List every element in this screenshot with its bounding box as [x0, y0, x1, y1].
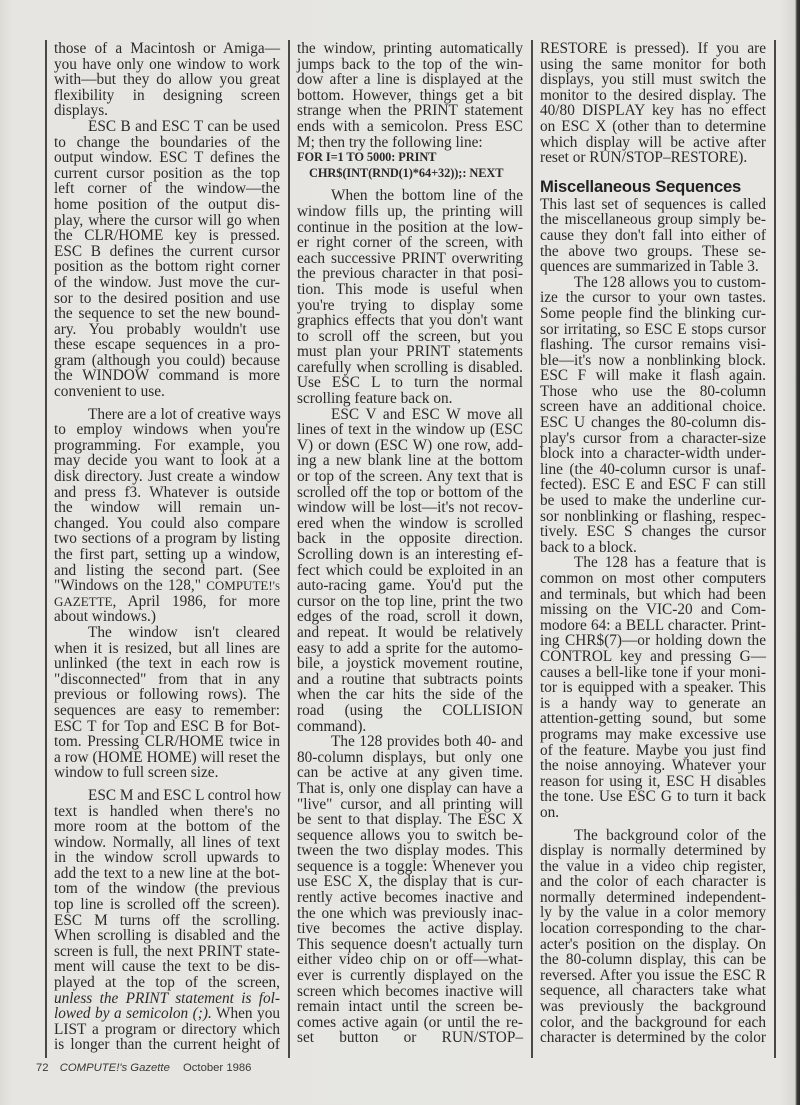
text-line: these escape sequences in a pro-: [54, 337, 280, 353]
text-line: tween the two display modes. This: [297, 843, 523, 859]
text-line: was previously the background: [540, 999, 766, 1015]
text-line: add the text to a new line at the bot-: [54, 866, 280, 882]
text-line: output window. ESC T defines the: [54, 150, 280, 166]
text-line: ESC V and ESC W move all: [297, 407, 523, 423]
text-line: about windows.): [54, 609, 280, 625]
column-rule-left: [45, 40, 47, 1058]
text-line: window. Normally, all lines of text: [54, 835, 280, 851]
text-line: LIST a program or directory which: [54, 1022, 280, 1038]
text-line: back in the opposite direction.: [297, 531, 523, 547]
text-line: ever is currently displayed on the: [297, 968, 523, 984]
text-line: ly by the value in a color memory: [540, 905, 766, 921]
text-line: GAZETTE, April 1986, for more: [54, 594, 280, 610]
text-line: may decide you want to look at a: [54, 453, 280, 469]
text-line: V) or down (ESC W) one row, add-: [297, 438, 523, 454]
text-line: sequence allows you to switch be-: [297, 828, 523, 844]
text-line: command).: [297, 719, 523, 735]
text-line: which display will be active after: [540, 135, 766, 151]
text-line: "Windows on the 128," COMPUTE!'s: [54, 578, 280, 594]
text-line: ing a new blank line at the bottom: [297, 453, 523, 469]
text-line: tom of the window (the previous: [54, 881, 280, 897]
text-line: the tone. Use ESC G to turn it back: [540, 789, 766, 805]
text-line: ESC B and ESC T can be used: [54, 119, 280, 135]
text-line: When the bottom line of the: [297, 188, 523, 204]
text-line: and press f3. Whatever is outside: [54, 485, 280, 501]
text-line: and the color of each character is: [540, 874, 766, 890]
text-line: sor to the desired position and use: [54, 291, 280, 307]
text-line: and repeat. It would be relatively: [297, 625, 523, 641]
text-line: is a handy way to generate an: [540, 696, 766, 712]
text-line: the miscellaneous group simply be-: [540, 212, 766, 228]
text-line: "disconnected" from that in any: [54, 672, 280, 688]
text-line: er right corner of the screen, with: [297, 235, 523, 251]
text-line: displays.: [54, 103, 280, 119]
text-line: each successive PRINT overwriting: [297, 251, 523, 267]
text-line: cause they don't fall into either of: [540, 228, 766, 244]
text-line: to scroll off the screen, but you: [297, 329, 523, 345]
text-line: and a routine that subtracts points: [297, 672, 523, 688]
text-line: ment will cause the text to be dis-: [54, 959, 280, 975]
text-line: This sequence doesn't actually turn: [297, 937, 523, 953]
text-line: screen have an additional choice.: [540, 399, 766, 415]
text-line: modore 64: a BELL character. Print-: [540, 618, 766, 634]
text-line: location corresponding to the char-: [540, 921, 766, 937]
text-line: There are a lot of creative ways: [54, 407, 280, 423]
text-line: can be active at any given time.: [297, 765, 523, 781]
text-line: use ESC X, the display that is cur-: [297, 874, 523, 890]
text-line: must plan your PRINT statements: [297, 344, 523, 360]
text-line: remain intact until the screen be-: [297, 999, 523, 1015]
text-line: tion. This mode is useful when: [297, 282, 523, 298]
text-line: When scrolling is disabled and the: [54, 928, 280, 944]
text-line: ESC T for Top and ESC B for Bot-: [54, 719, 280, 735]
text-line: a row (HOME HOME) will reset the: [54, 750, 280, 766]
text-line: The 128 provides both 40- and: [297, 734, 523, 750]
page-footer: 72 COMPUTE!'s Gazette October 1986: [36, 1062, 251, 1074]
column-rule-1: [288, 40, 290, 1058]
text-line: play's cursor from a character-size: [540, 431, 766, 447]
text-line: The background color of the: [540, 828, 766, 844]
text-line: tively. ESC S changes the cursor: [540, 524, 766, 540]
text-line: ESC F will make it flash again.: [540, 368, 766, 384]
text-line: scrolling feature back on.: [297, 391, 523, 407]
text-line: sequence, all characters take what: [540, 983, 766, 999]
column-rule-2: [531, 40, 533, 1058]
code-listing-line: FOR I=1 TO 5000: PRINT: [297, 150, 523, 166]
text-line: Some people find the blinking cur-: [540, 306, 766, 322]
text-line: bottom. However, things get a bit: [297, 88, 523, 104]
text-line: reset or RUN/STOP–RESTORE).: [540, 150, 766, 166]
text-line: back to a block.: [540, 540, 766, 556]
text-line: ESC M turns off the scrolling.: [54, 913, 280, 929]
text-line: you have only one window to work: [54, 57, 280, 73]
text-line: scrolled off the top or bottom of the: [297, 485, 523, 501]
text-line: fected). ESC E and ESC F can still: [540, 477, 766, 493]
text-line: This last set of sequences is called: [540, 197, 766, 213]
code-listing-line: CHR$(INT(RND(1)*64+32));: NEXT: [297, 166, 523, 182]
text-line: to employ windows when you're: [54, 422, 280, 438]
text-line: continue in the position at the low-: [297, 220, 523, 236]
text-line: 40/80 DISPLAY key has no effect: [540, 103, 766, 119]
text-line: top line is scrolled off the screen).: [54, 897, 280, 913]
text-line: window to full screen size.: [54, 765, 280, 781]
text-line: when the car hits the side of the: [297, 687, 523, 703]
text-line: the previous character in that posi-: [297, 266, 523, 282]
article-column-2: the window, printing automaticallyjumps …: [297, 41, 523, 1061]
text-line: The window isn't cleared: [54, 625, 280, 641]
text-line: changed. You could also compare: [54, 516, 280, 532]
text-line: using the same monitor for both: [540, 57, 766, 73]
text-line: two sections of a program by listing: [54, 531, 280, 547]
text-line: the first part, setting up a window,: [54, 547, 280, 563]
text-line: gram (although you could) because: [54, 353, 280, 369]
text-line: the 80-column display, this can be: [540, 952, 766, 968]
text-line: on.: [540, 805, 766, 821]
text-line: unless the PRINT statement is fol-: [54, 991, 280, 1007]
text-line: missing on the VIC-20 and Com-: [540, 602, 766, 618]
text-line: tive becomes the active display.: [297, 921, 523, 937]
text-line: attention-getting sound, but some: [540, 711, 766, 727]
text-line: block into a character-width under-: [540, 446, 766, 462]
text-line: the value in a video chip register,: [540, 859, 766, 875]
text-line: convenient to use.: [54, 384, 280, 400]
text-line: with—but they do allow you great: [54, 72, 280, 88]
text-line: ESC M and ESC L control how: [54, 788, 280, 804]
section-heading: Miscellaneous Sequences: [540, 177, 766, 197]
text-line: of the window. Just move the cur-: [54, 275, 280, 291]
text-line: ize the cursor to your own tastes.: [540, 290, 766, 306]
magazine-page: those of a Macintosh or Amiga—you have o…: [0, 0, 800, 1105]
text-line: lines of text in the window up (ESC: [297, 422, 523, 438]
text-line: ble—it's now a nonblinking block.: [540, 353, 766, 369]
text-line: comes active again (or until the re-: [297, 1015, 523, 1031]
text-line: the window, printing automatically: [297, 41, 523, 57]
text-line: played at the top of the screen,: [54, 975, 280, 991]
text-line: play, where the cursor will go when: [54, 213, 280, 229]
text-line: sor irritating, so ESC E stops cursor: [540, 322, 766, 338]
text-line: dow after a line is displayed at the: [297, 72, 523, 88]
text-line: sequences are easy to remember:: [54, 703, 280, 719]
text-line: ESC U changes the 80-column dis-: [540, 415, 766, 431]
text-line: is longer than the current height of: [54, 1037, 280, 1053]
text-line: previous or following rows). The: [54, 687, 280, 703]
text-line: you're trying to display some: [297, 298, 523, 314]
text-line: carefully when scrolling is disabled.: [297, 360, 523, 376]
text-line: the sequence to set the new bound-: [54, 306, 280, 322]
text-line: screen which becomes inactive will: [297, 984, 523, 1000]
text-line: strange when the PRINT statement: [297, 103, 523, 119]
text-line: text is handled when there's no: [54, 804, 280, 820]
text-line: 80-column displays, but only one: [297, 750, 523, 766]
text-line: common on most other computers: [540, 571, 766, 587]
text-line: tor is equipped with a speaker. This: [540, 680, 766, 696]
text-line: Scrolling down is an interesting ef-: [297, 547, 523, 563]
text-line: disk directory. Just create a window: [54, 469, 280, 485]
text-line: programming. For example, you: [54, 438, 280, 454]
text-line: normally determined independent-: [540, 890, 766, 906]
text-line: "live" cursor, and all printing will: [297, 797, 523, 813]
column-rule-right: [774, 40, 776, 1058]
text-line: and terminals, but which had been: [540, 587, 766, 603]
text-line: displays, you still must switch the: [540, 72, 766, 88]
text-line: CONTROL key and pressing G—: [540, 649, 766, 665]
text-line: flashing. The cursor remains visi-: [540, 337, 766, 353]
text-line: be sent to that display. The ESC X: [297, 812, 523, 828]
text-line: screen is full, the next PRINT state-: [54, 944, 280, 960]
text-line: in the window scroll upwards to: [54, 850, 280, 866]
text-line: Use ESC L to turn the normal: [297, 375, 523, 391]
text-line: sor nonblinking or flashing, respec-: [540, 509, 766, 525]
text-line: more room at the bottom of the: [54, 819, 280, 835]
text-line: graphics effects that you don't want: [297, 313, 523, 329]
text-line: RESTORE is pressed). If you are: [540, 41, 766, 57]
text-line: the CLR/HOME key is pressed.: [54, 228, 280, 244]
text-line: monitor to the desired display. The: [540, 88, 766, 104]
article-column-3: RESTORE is pressed). If you areusing the…: [540, 41, 766, 1061]
text-line: window will be lost—it's not recov-: [297, 500, 523, 516]
text-line: easy to add a sprite for the automo-: [297, 641, 523, 657]
text-line: lowed by a semicolon (;). When you: [54, 1006, 280, 1022]
text-line: Those who use the 80-column: [540, 384, 766, 400]
text-line: unlinked (the text in each row is: [54, 656, 280, 672]
issue-date: October 1986: [183, 1062, 251, 1074]
text-line: causes a bell-like tone if your moni-: [540, 665, 766, 681]
text-line: those of a Macintosh or Amiga—: [54, 41, 280, 57]
text-line: when it is resized, but all lines are: [54, 641, 280, 657]
publication-name: COMPUTE!'s Gazette: [60, 1062, 170, 1074]
text-line: line (the 40-column cursor is unaf-: [540, 462, 766, 478]
text-line: to change the boundaries of the: [54, 135, 280, 151]
text-line: home position of the output dis-: [54, 197, 280, 213]
text-line: or top of the screen. Any text that is: [297, 469, 523, 485]
text-line: edges of the road, scroll it down,: [297, 609, 523, 625]
text-line: rently active becomes inactive and: [297, 890, 523, 906]
text-line: display is normally determined by: [540, 843, 766, 859]
text-line: the above two groups. These se-: [540, 244, 766, 260]
text-line: the window will remain un-: [54, 500, 280, 516]
text-line: ESC B defines the current cursor: [54, 244, 280, 260]
text-line: fect which could be exploited in an: [297, 563, 523, 579]
text-line: That is, only one display can have a: [297, 781, 523, 797]
paragraph-gap: [540, 166, 766, 173]
text-line: flexibility in designing screen: [54, 88, 280, 104]
text-line: the noise annoying. Whatever your: [540, 758, 766, 774]
text-line: ary. You probably wouldn't use: [54, 322, 280, 338]
text-line: reason for using it, ESC H disables: [540, 774, 766, 790]
text-line: the one which was previously inac-: [297, 906, 523, 922]
text-line: left corner of the window—the: [54, 181, 280, 197]
text-line: and listing the second part. (See: [54, 563, 280, 579]
text-line: cursor on the top line, print the two: [297, 594, 523, 610]
text-line: sequence is a toggle: Whenever you: [297, 859, 523, 875]
text-line: tom. Pressing CLR/HOME twice in: [54, 734, 280, 750]
text-line: of the feature. Maybe you just find: [540, 743, 766, 759]
text-line: jumps back to the top of the win-: [297, 57, 523, 73]
text-line: set button or RUN/STOP–: [297, 1030, 523, 1046]
text-line: on ESC X (other than to determine: [540, 119, 766, 135]
text-line: window fills up, the printing will: [297, 204, 523, 220]
text-line: reversed. After you issue the ESC R: [540, 968, 766, 984]
text-line: quences are summarized in Table 3.: [540, 259, 766, 275]
text-line: color, and the background for each: [540, 1015, 766, 1031]
text-line: ing CHR$(7)—or holding down the: [540, 633, 766, 649]
text-line: acter's position on the display. On: [540, 937, 766, 953]
page-number: 72: [36, 1062, 49, 1074]
text-line: M; then try the following line:: [297, 135, 523, 151]
text-line: bile, a joystick movement routine,: [297, 656, 523, 672]
text-line: The 128 has a feature that is: [540, 555, 766, 571]
text-line: character is determined by the color: [540, 1030, 766, 1046]
text-line: ered when the window is scrolled: [297, 516, 523, 532]
text-line: either video chip on or off—what-: [297, 952, 523, 968]
text-line: ends with a semicolon. Press ESC: [297, 119, 523, 135]
article-column-1: those of a Macintosh or Amiga—you have o…: [54, 41, 280, 1061]
text-line: programs may make excessive use: [540, 727, 766, 743]
text-line: current cursor position as the top: [54, 166, 280, 182]
text-line: position as the bottom right corner: [54, 259, 280, 275]
text-line: The 128 allows you to custom-: [540, 275, 766, 291]
text-line: auto-racing game. You'd put the: [297, 578, 523, 594]
text-line: be used to make the underline cur-: [540, 493, 766, 509]
text-line: the WINDOW command is more: [54, 368, 280, 384]
text-line: road (using the COLLISION: [297, 703, 523, 719]
